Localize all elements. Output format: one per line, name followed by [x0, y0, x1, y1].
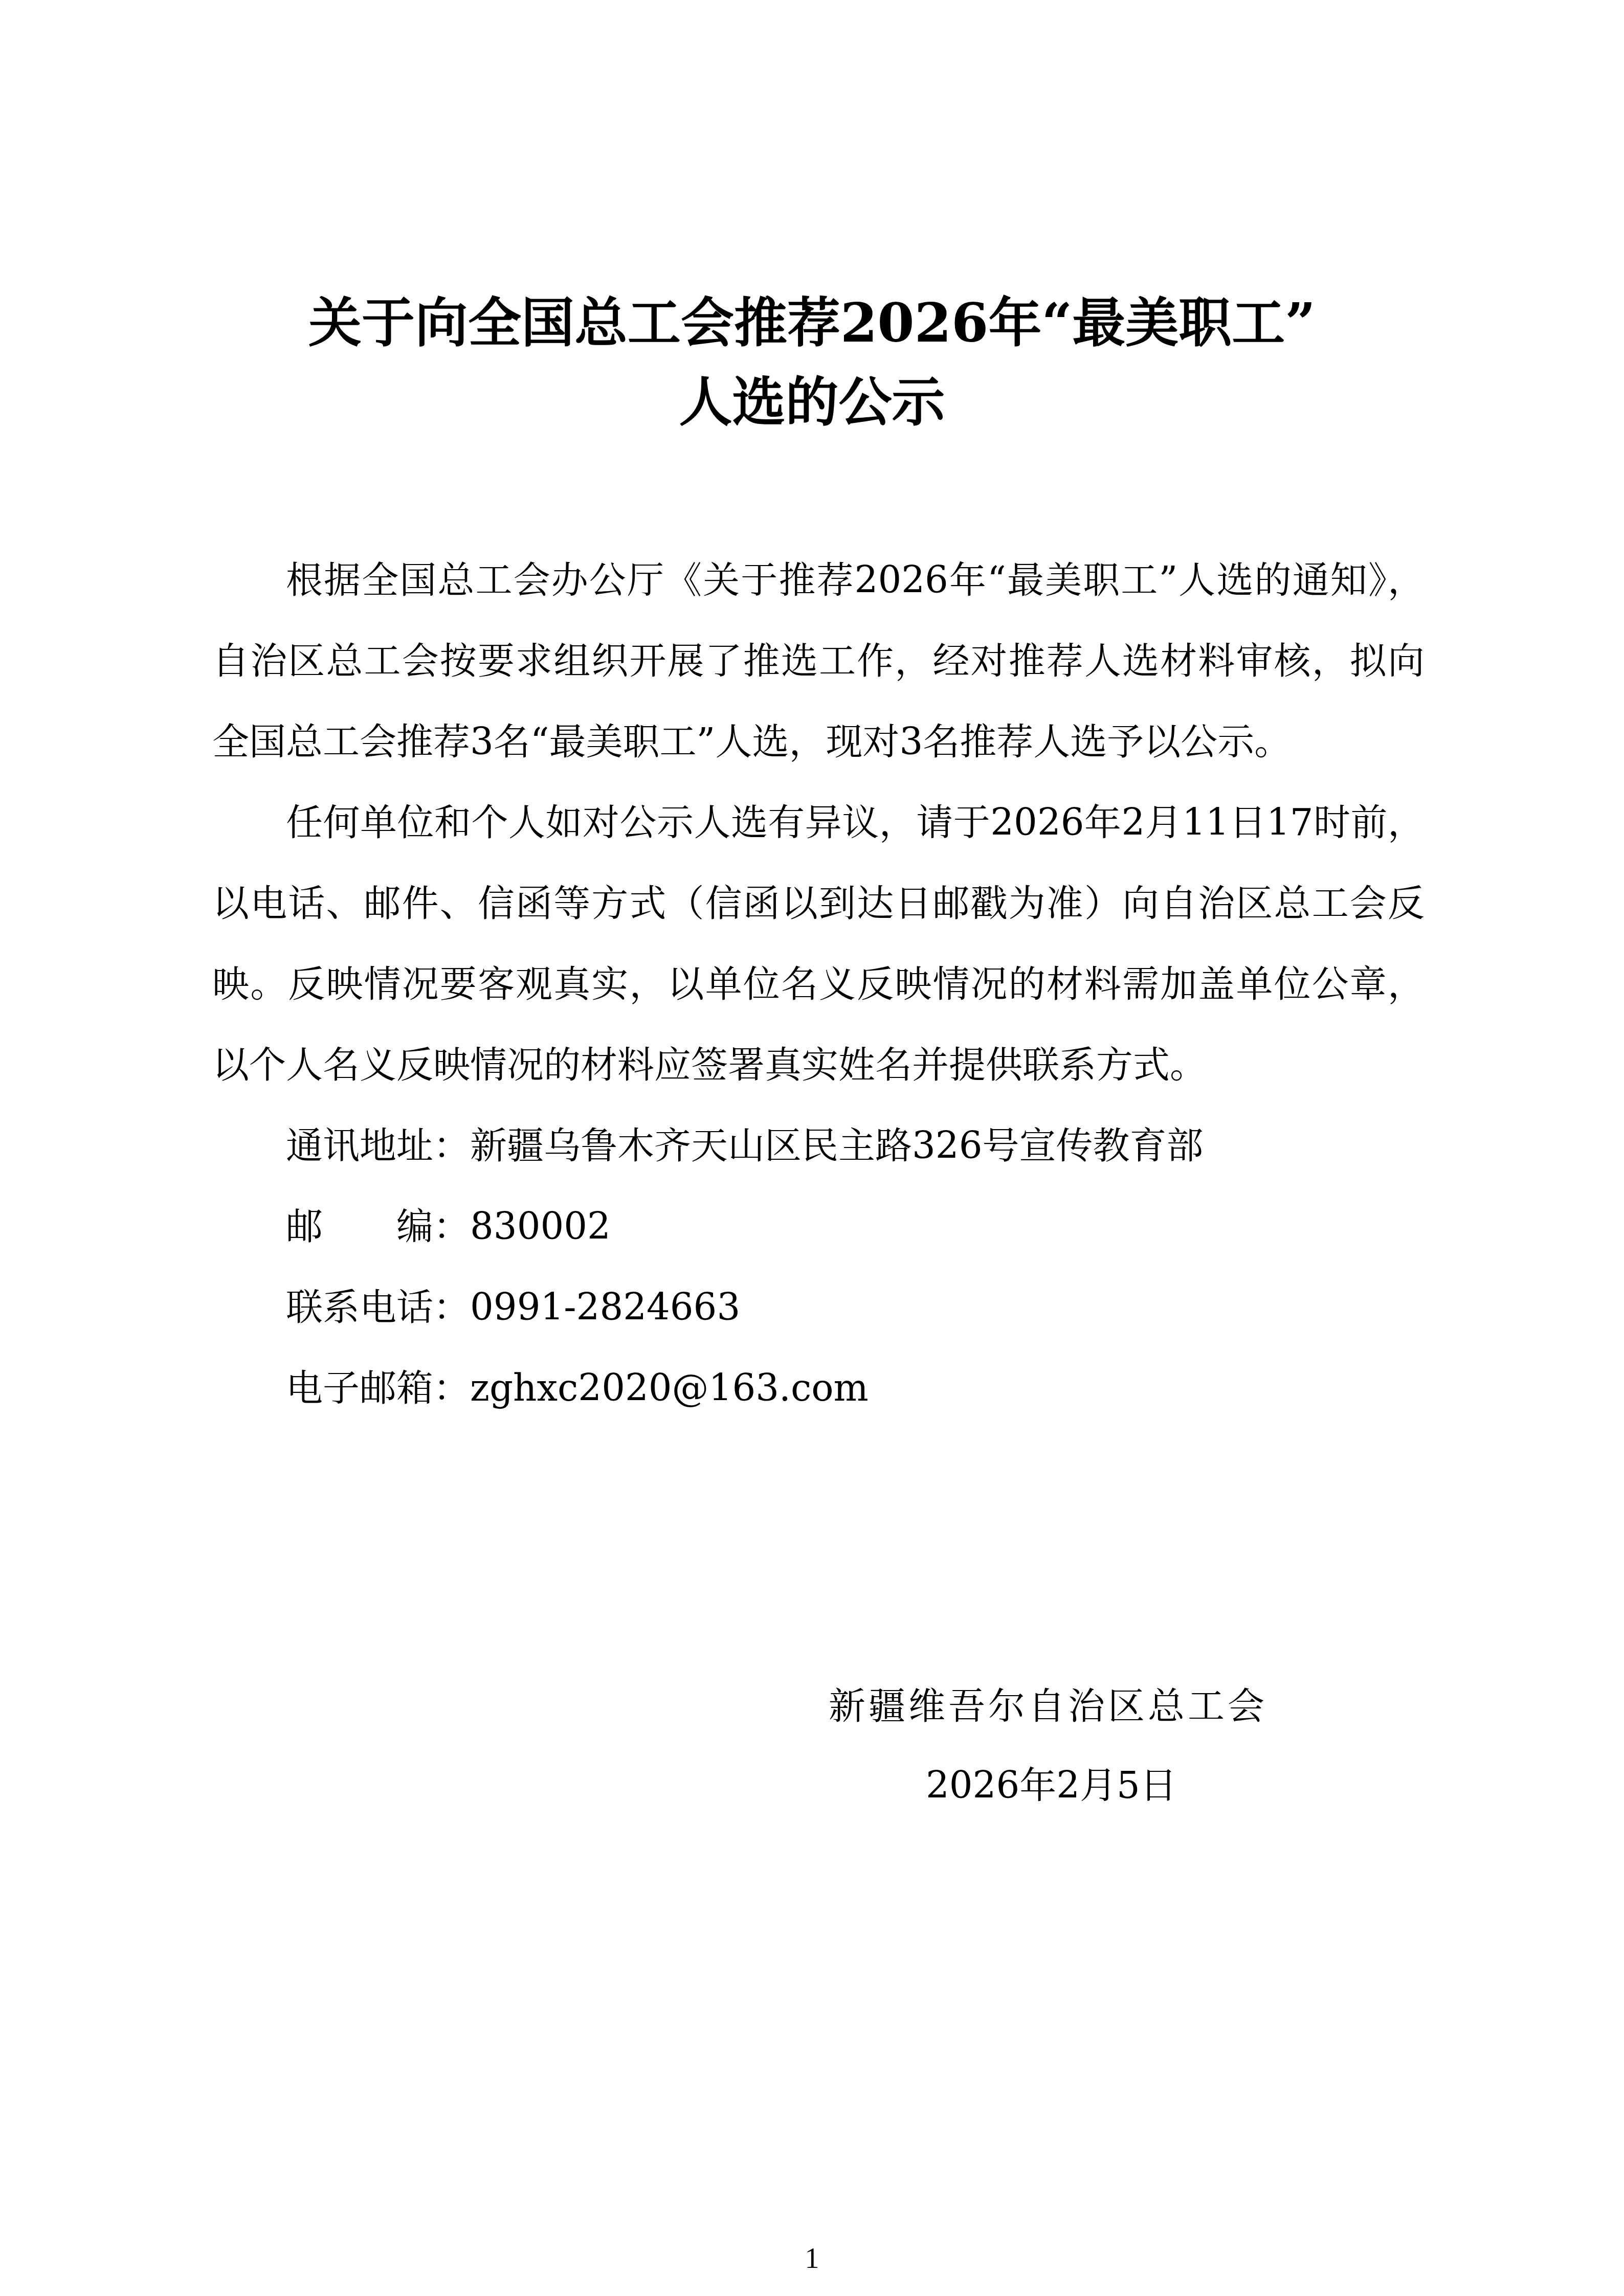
postcode-label: 邮 编： — [286, 1205, 470, 1248]
phone-label: 联系电话： — [286, 1286, 470, 1329]
paragraph-intro: 根据全国总工会办公厅《关于推荐2026年“最美职工”人选的通知》，自治区总工会按… — [212, 539, 1425, 782]
contact-postcode: 邮 编：830002 — [212, 1186, 1425, 1267]
postcode-value: 830002 — [470, 1205, 611, 1248]
phone-value: 0991-2824663 — [470, 1286, 740, 1329]
address-label: 通讯地址： — [286, 1124, 470, 1167]
contact-email: 电子邮箱：zghxc2020@163.com — [212, 1347, 1425, 1428]
issue-date: 2026年2月5日 — [926, 1767, 1177, 1804]
paragraph-objection: 任何单位和个人如对公示人选有异议，请于2026年2月11日17时前，以电话、邮件… — [212, 782, 1425, 1105]
email-value: zghxc2020@163.com — [470, 1366, 869, 1409]
title-line-2: 人选的公示 — [0, 376, 1624, 429]
document-body: 根据全国总工会办公厅《关于推荐2026年“最美职工”人选的通知》，自治区总工会按… — [212, 539, 1425, 1428]
contact-address: 通讯地址：新疆乌鲁木齐天山区民主路326号宣传教育部 — [212, 1105, 1425, 1186]
title-line-1: 关于向全国总工会推荐2026年“最美职工” — [0, 297, 1624, 350]
page-number: 1 — [0, 2242, 1624, 2275]
issuer-signature: 新疆维吾尔自治区总工会 — [829, 1687, 1267, 1724]
contact-phone: 联系电话：0991-2824663 — [212, 1267, 1425, 1347]
address-value: 新疆乌鲁木齐天山区民主路326号宣传教育部 — [470, 1124, 1203, 1167]
email-label: 电子邮箱： — [286, 1366, 470, 1409]
